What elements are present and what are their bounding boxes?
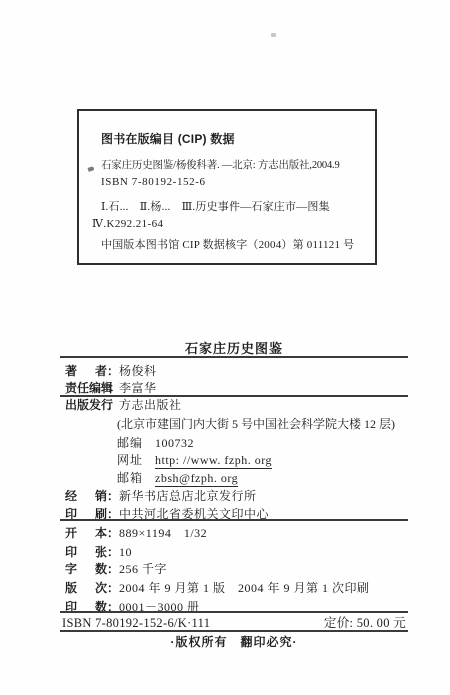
publisher-label: 出版发行 bbox=[65, 398, 107, 412]
cip-box: 图书在版编目 (CIP) 数据 石家庄历史图鉴/杨俊科著. —北京: 方志出版社… bbox=[77, 109, 377, 265]
author-label: 著 者 bbox=[65, 364, 107, 378]
colon: ： bbox=[107, 364, 119, 378]
editor-label: 责任编辑 bbox=[65, 381, 107, 395]
isbn-number: ISBN 7-80192-152-6/K·111 bbox=[62, 616, 210, 630]
horizontal-rule bbox=[60, 611, 408, 613]
copyright-page: 图书在版编目 (CIP) 数据 石家庄历史图鉴/杨俊科著. —北京: 方志出版社… bbox=[0, 0, 450, 695]
word-count-value: 256 千字 bbox=[119, 562, 167, 576]
book-title: 石家庄历史图鉴 bbox=[60, 342, 408, 356]
postal-value: 100732 bbox=[155, 436, 194, 450]
sheets-value: 10 bbox=[119, 545, 132, 559]
edition-label: 版 次 bbox=[65, 581, 107, 595]
cip-isbn: ISBN 7-80192-152-6 bbox=[101, 175, 206, 189]
author-row: 著 者：杨俊科 bbox=[60, 364, 408, 378]
email-value: zbsh@fzph. org bbox=[155, 471, 238, 487]
website-value: http: //www. fzph. org bbox=[155, 453, 272, 469]
colon: ： bbox=[107, 526, 119, 540]
format-value: 889×1194 1/32 bbox=[119, 526, 207, 540]
cip-classification-1: Ⅰ.石... Ⅱ.杨... Ⅲ.历史事件—石家庄市—图集 bbox=[101, 200, 330, 214]
cip-record-number: 中国版本图书馆 CIP 数据核字（2004）第 011121 号 bbox=[101, 238, 354, 252]
price: 定价: 50. 00 元 bbox=[324, 616, 406, 630]
format-row: 开 本：889×1194 1/32 bbox=[60, 526, 408, 540]
scan-artifact bbox=[271, 33, 276, 37]
isbn-price-row: ISBN 7-80192-152-6/K·111 定价: 50. 00 元 bbox=[60, 616, 408, 630]
colon: ： bbox=[107, 489, 119, 503]
sheets-label: 印 张 bbox=[65, 545, 107, 559]
format-label: 开 本 bbox=[65, 526, 107, 540]
horizontal-rule bbox=[60, 395, 408, 397]
colon: ： bbox=[107, 545, 119, 559]
postal-code-row: 邮编100732 bbox=[60, 436, 408, 450]
editor-row: 责任编辑：李富华 bbox=[60, 381, 408, 395]
publisher-row: 出版发行：方志出版社 bbox=[60, 398, 408, 412]
distribution-row: 经 销：新华书店总店北京发行所 bbox=[60, 489, 408, 503]
edition-value: 2004 年 9 月第 1 版 2004 年 9 月第 1 次印刷 bbox=[119, 581, 370, 595]
cip-header: 图书在版编目 (CIP) 数据 bbox=[101, 132, 235, 146]
horizontal-rule bbox=[60, 356, 408, 358]
word-count-row: 字 数：256 千字 bbox=[60, 562, 408, 576]
colon: ： bbox=[107, 581, 119, 595]
email-label: 邮箱 bbox=[117, 471, 143, 485]
edition-row: 版 次：2004 年 9 月第 1 版 2004 年 9 月第 1 次印刷 bbox=[60, 581, 408, 595]
author-value: 杨俊科 bbox=[119, 364, 157, 378]
website-label: 网址 bbox=[117, 453, 143, 467]
email-row: 邮箱zbsh@fzph. org bbox=[60, 471, 408, 485]
colon: ： bbox=[107, 562, 119, 576]
distribution-value: 新华书店总店北京发行所 bbox=[119, 489, 257, 503]
word-count-label: 字 数 bbox=[65, 562, 107, 576]
postal-label: 邮编 bbox=[117, 436, 143, 450]
horizontal-rule bbox=[60, 630, 408, 632]
copyright-notice: ·版权所有 翻印必究· bbox=[60, 635, 408, 649]
colon: ： bbox=[107, 381, 119, 395]
cip-description: 石家庄历史图鉴/杨俊科著. —北京: 方志出版社,2004.9 bbox=[101, 159, 340, 173]
colon: ： bbox=[107, 398, 119, 412]
cip-classification-2: Ⅳ.K292.21-64 bbox=[92, 217, 163, 231]
distribution-label: 经 销 bbox=[65, 489, 107, 503]
editor-value: 李富华 bbox=[119, 381, 157, 395]
publisher-value: 方志出版社 bbox=[119, 398, 182, 412]
horizontal-rule bbox=[60, 519, 408, 521]
sheets-row: 印 张：10 bbox=[60, 545, 408, 559]
website-row: 网址http: //www. fzph. org bbox=[60, 453, 408, 467]
publisher-address: (北京市建国门内大街 5 号中国社会科学院大楼 12 层) bbox=[60, 417, 408, 431]
